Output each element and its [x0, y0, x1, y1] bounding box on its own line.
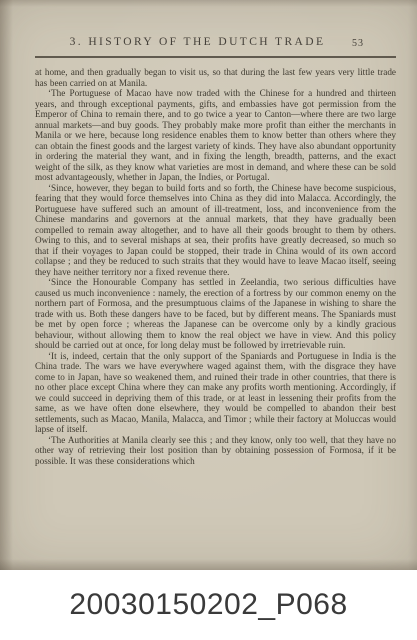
body-paragraph: ‘It is, indeed, certain that the only su… [35, 351, 396, 435]
body-paragraph: at home, and then gradually began to vis… [35, 67, 396, 88]
body-paragraph: ‘The Authorities at Manila clearly see t… [35, 435, 396, 467]
archive-id-strip: 20030150202_P068 [0, 570, 417, 640]
body-text: at home, and then gradually began to vis… [35, 67, 396, 466]
header-rule-divider [35, 56, 396, 58]
page-content: 3. HISTORY OF THE DUTCH TRADE 53 at home… [0, 0, 417, 466]
body-paragraph: ‘The Portuguese of Macao have now traded… [35, 88, 396, 183]
running-header: 3. HISTORY OF THE DUTCH TRADE 53 [35, 36, 396, 52]
scan-id-label: 20030150202_P068 [69, 588, 347, 622]
screenshot-frame: 3. HISTORY OF THE DUTCH TRADE 53 at home… [0, 0, 417, 640]
book-page-scan: 3. HISTORY OF THE DUTCH TRADE 53 at home… [0, 0, 417, 570]
body-paragraph: ‘Since the Honourable Company has settle… [35, 277, 396, 351]
body-paragraph: ‘Since, however, they began to build for… [35, 183, 396, 278]
chapter-header-title: 3. HISTORY OF THE DUTCH TRADE [35, 36, 396, 48]
page-number: 53 [352, 38, 364, 49]
